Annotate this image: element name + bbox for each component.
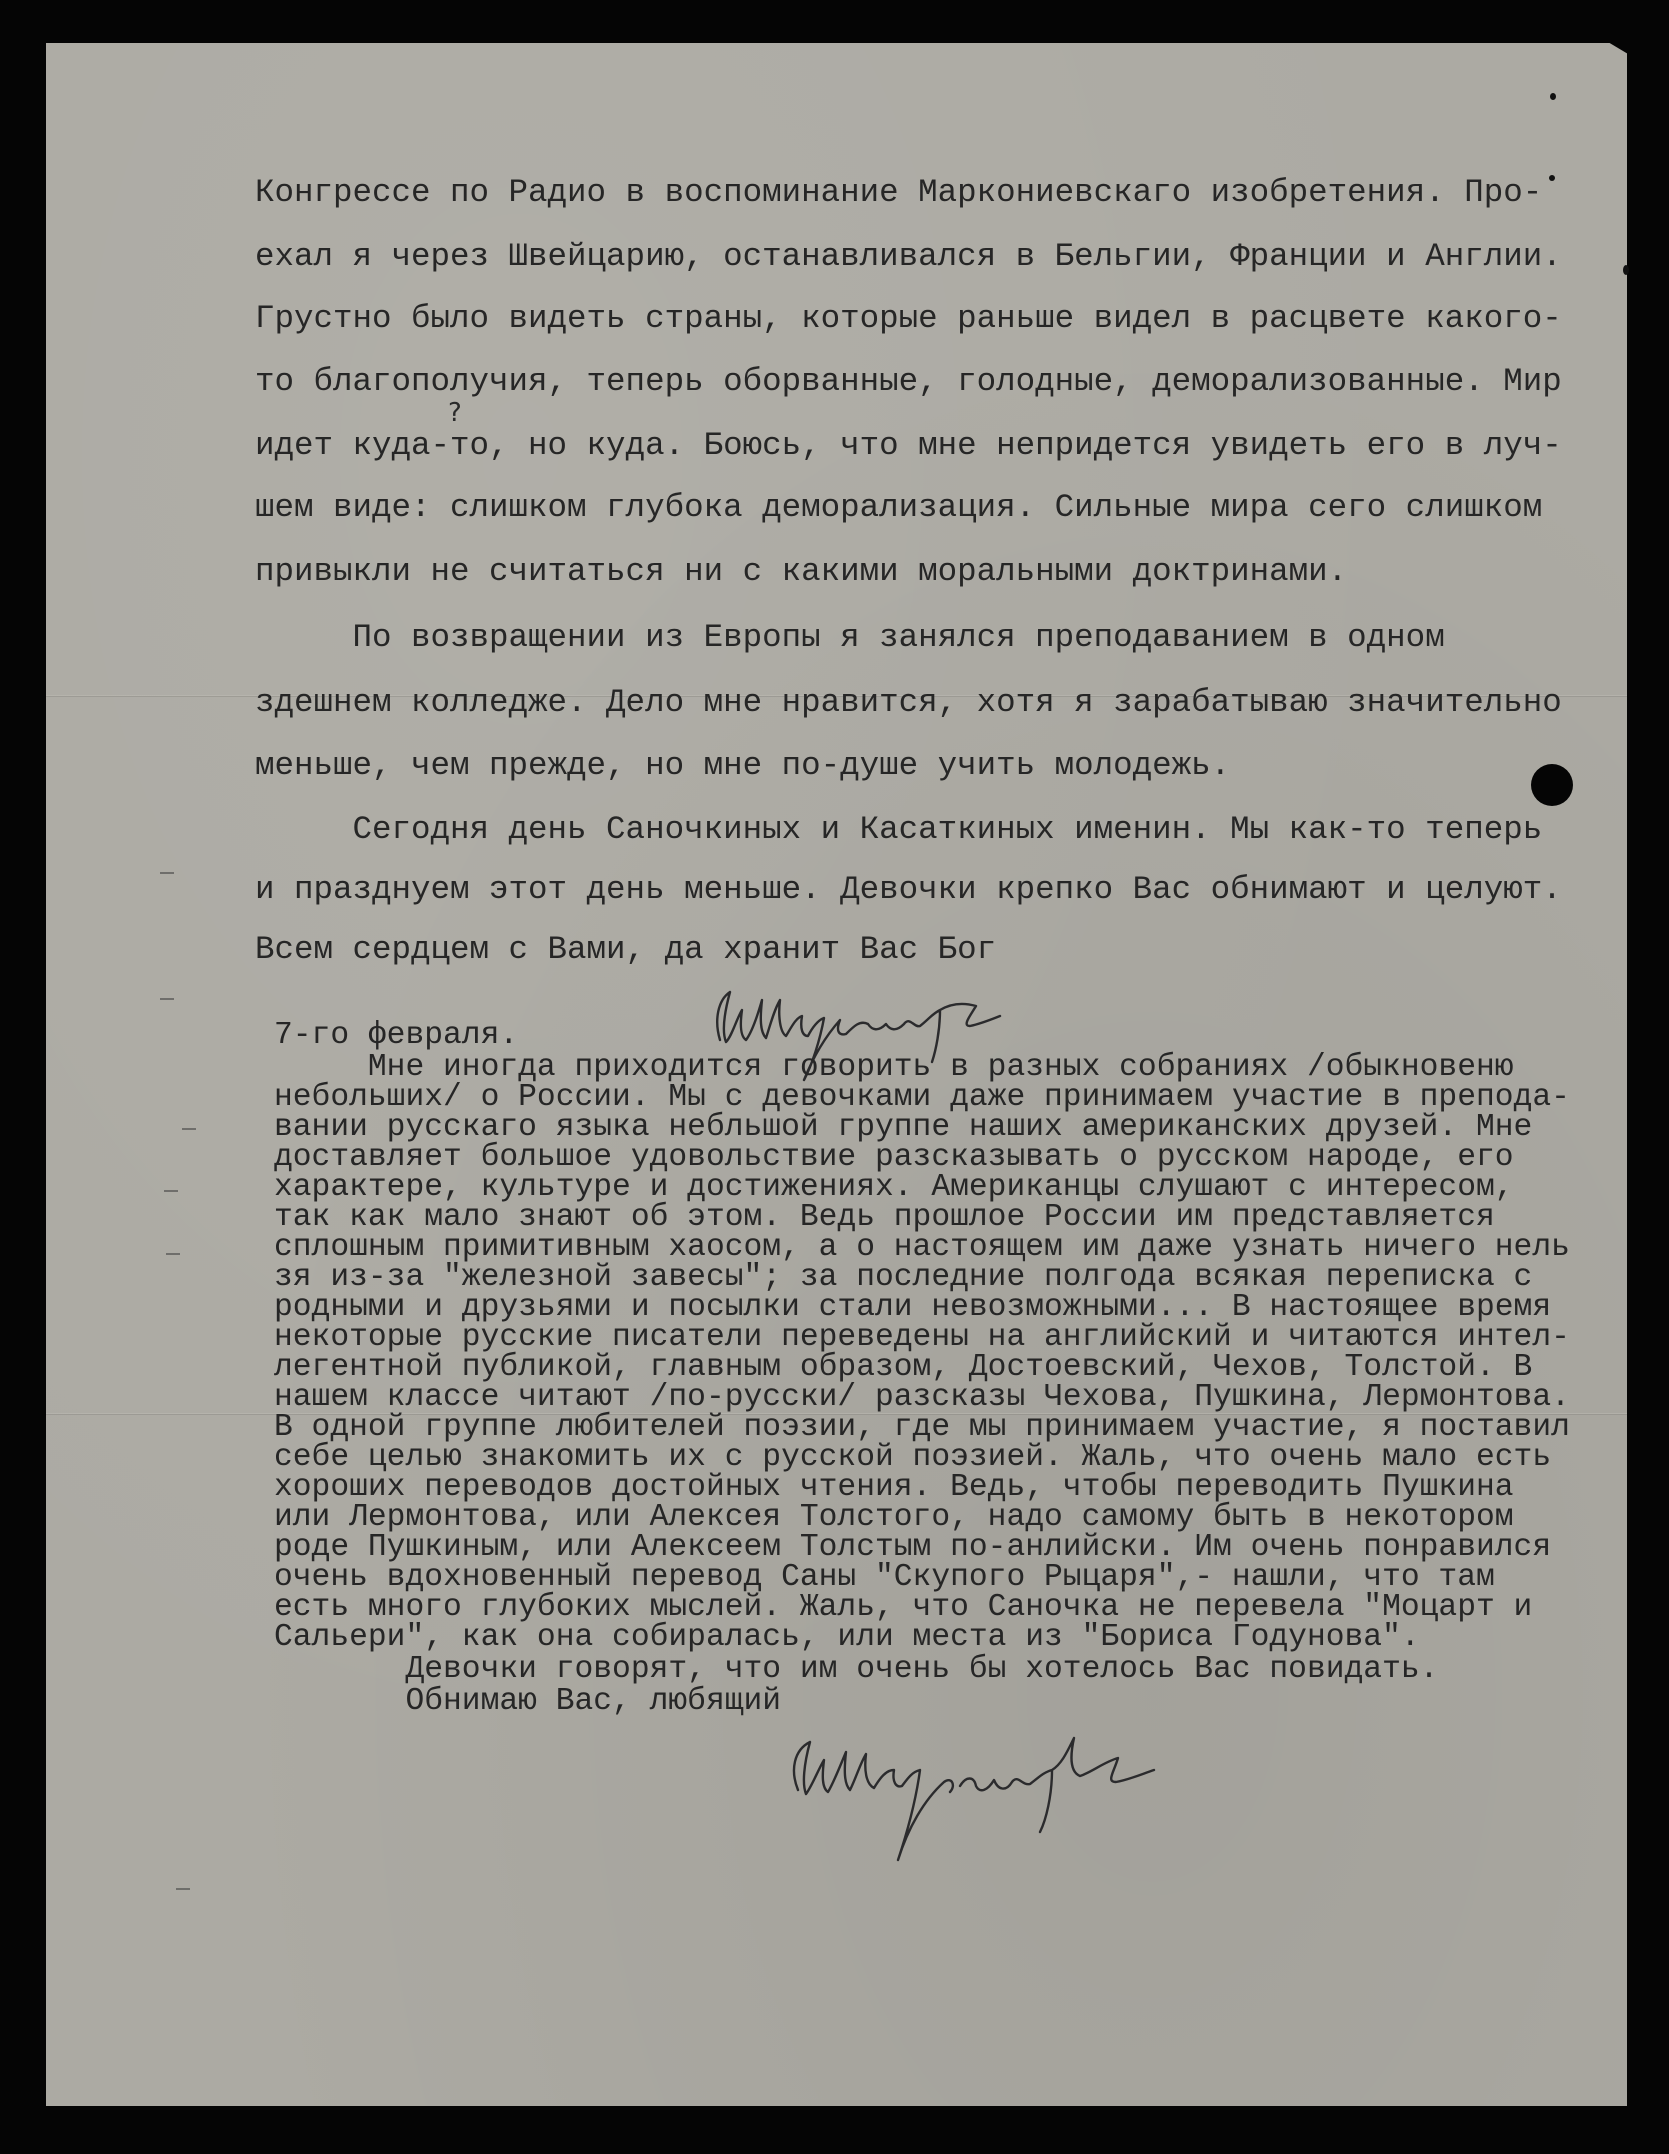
text-line: очень вдохновенный перевод Саны "Скупого… [274,1563,1495,1593]
margin-mark [160,872,174,874]
text-line: и празднуем этот день меньше. Девочки кр… [255,872,1562,908]
text-line: небольших/ о России. Мы с девочками даже… [274,1083,1570,1113]
text-line: или Лермонтова, или Алексея Толстого, на… [274,1503,1514,1533]
text-line: привыкли не считаться ни с какими мораль… [255,554,1347,590]
margin-mark [166,1253,180,1255]
handwritten-signature-2 [770,1720,1190,1870]
text-line: сплошным примитивным хаосом, а о настоящ… [274,1233,1570,1263]
text-line: Сегодня день Саночкиных и Касаткиных име… [255,812,1542,848]
text-line: Девочки говорят, что им очень бы хотелос… [274,1655,1438,1685]
text-line: Всем сердцем с Вами, да хранит Вас Бог [255,932,996,968]
text-line: так как мало знают об этом. Ведь прошлое… [274,1203,1495,1233]
text-line: доставляет большое удовольствие разсказы… [274,1143,1514,1173]
text-line: Грустно было видеть страны, которые рань… [255,301,1562,337]
handwritten-question-mark: ? [448,398,462,428]
pin-hole-second [1549,175,1555,181]
text-line: нашем классе читают /по-русски/ разсказы… [274,1383,1570,1413]
text-line: характере, культуре и достижениях. Амери… [274,1173,1514,1203]
text-line: меньше, чем прежде, но мне по-душе учить… [255,748,1230,784]
text-line: здешнем колледже. Дело мне нравится, хот… [255,685,1562,721]
text-line: идет куда-то, но куда. Боюсь, что мне не… [255,428,1562,464]
text-line: есть много глубоких мыслей. Жаль, что Са… [274,1593,1532,1623]
punch-hole [1531,764,1573,806]
text-line: хороших переводов достойных чтения. Ведь… [274,1473,1514,1503]
edge-notch [1623,265,1629,275]
text-line: то благополучия, теперь оборванные, голо… [255,364,1562,400]
margin-mark [182,1128,196,1130]
text-line: По возвращении из Европы я занялся препо… [255,620,1445,656]
text-line: В одной группе любителей поэзии, где мы … [274,1413,1570,1443]
text-line: вании русскаго языка небльшой группе наш… [274,1113,1532,1143]
text-line: Конгрессе по Радио в воспоминание Маркон… [255,175,1542,211]
margin-mark [176,1888,190,1890]
text-line: родными и друзьями и посылки стали невоз… [274,1293,1551,1323]
text-line: шем виде: слишком глубока деморализация.… [255,490,1542,526]
date-line: 7-го февраля. [274,1021,518,1051]
text-line: Сальери", как она собиралась, или места … [274,1623,1420,1653]
margin-mark [164,1190,178,1192]
text-line: Мне иногда приходится говорить в разных … [274,1053,1514,1083]
text-line: некоторые русские писатели переведены на… [274,1323,1570,1353]
pin-hole-top [1550,93,1556,100]
margin-mark [160,998,174,1000]
text-line: роде Пушкиным, или Алексеем Толстым по-а… [274,1533,1551,1563]
text-line: зя из-за "железной завесы"; за последние… [274,1263,1532,1293]
text-line: Обнимаю Вас, любящий [274,1687,781,1717]
text-line: ехал я через Швейцарию, останавливался в… [255,239,1562,275]
text-line: легентной публикой, главным образом, Дос… [274,1353,1532,1383]
text-line: себе целью знакомить их с русской поэзие… [274,1443,1551,1473]
